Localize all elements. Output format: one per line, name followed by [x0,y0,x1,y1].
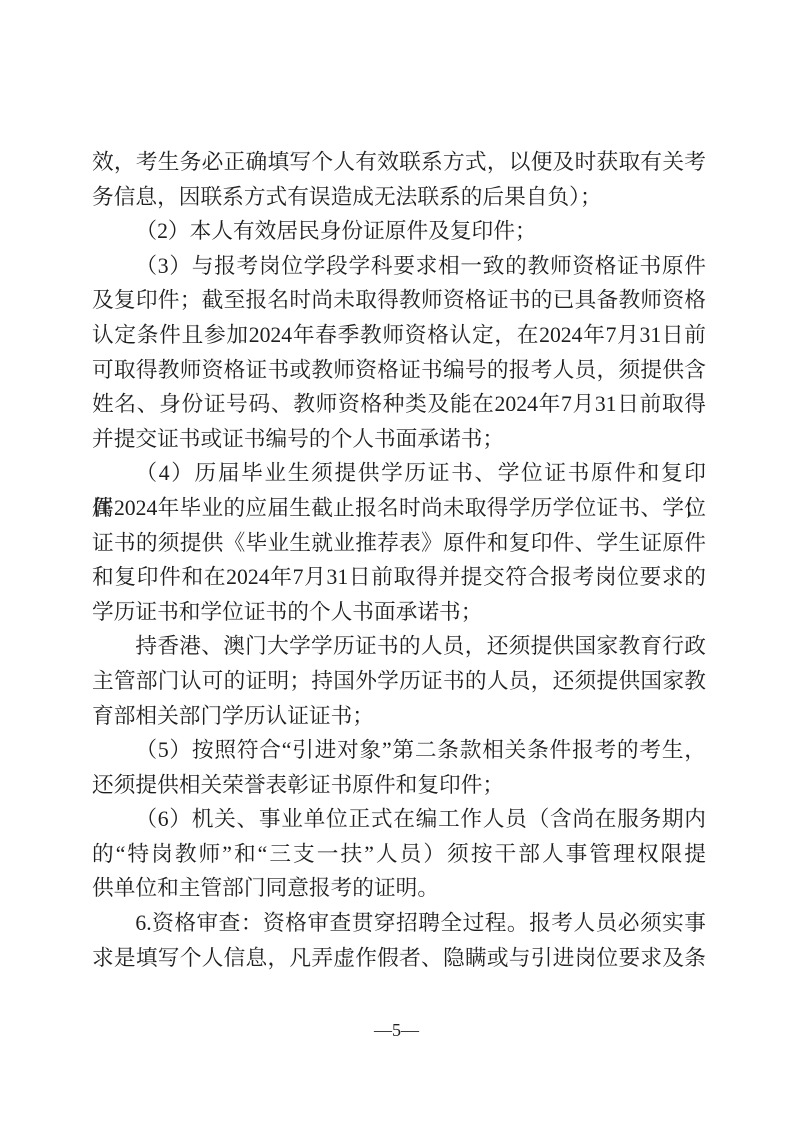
text-line: 求是填写个人信息，凡弄虚作假者、隐瞒或与引进岗位要求及条 [92,941,706,976]
text-line: 的“特岗教师”和“三支一扶”人员）须按干部人事管理权限提 [92,837,706,872]
text-line: （2）本人有效居民身份证原件及复印件； [92,214,706,249]
document-page: 效，考生务必正确填写个人有效联系方式，以便及时获取有关考务信息，因联系方式有误造… [0,0,793,1122]
document-body: 效，考生务必正确填写个人有效联系方式，以便及时获取有关考务信息，因联系方式有误造… [92,145,706,975]
text-line: （5）按照符合“引进对象”第二条款相关条件报考的考生， [92,733,706,768]
text-line: 属2024年毕业的应届生截止报名时尚未取得学历学位证书、学位 [92,491,706,526]
text-line: 效，考生务必正确填写个人有效联系方式，以便及时获取有关考 [92,145,706,180]
text-line: 姓名、身份证号码、教师资格种类及能在2024年7月31日前取得 [92,387,706,422]
text-line: 主管部门认可的证明；持国外学历证书的人员，还须提供国家教 [92,664,706,699]
text-line: 和复印件和在2024年7月31日前取得并提交符合报考岗位要求的 [92,560,706,595]
text-line: 还须提供相关荣誉表彰证书原件和复印件； [92,768,706,803]
page-number: —5— [374,1020,419,1040]
text-line: 持香港、澳门大学学历证书的人员，还须提供国家教育行政 [92,629,706,664]
text-line: 供单位和主管部门同意报考的证明。 [92,871,706,906]
text-line: 认定条件且参加2024年春季教师资格认定，在2024年7月31日前 [92,318,706,353]
text-line: （4）历届毕业生须提供学历证书、学位证书原件和复印件； [92,456,706,491]
text-line: 及复印件；截至报名时尚未取得教师资格证书的已具备教师资格 [92,283,706,318]
text-line: 育部相关部门学历认证证书； [92,699,706,734]
text-line: 务信息，因联系方式有误造成无法联系的后果自负）； [92,180,706,215]
text-line: （3）与报考岗位学段学科要求相一致的教师资格证书原件 [92,249,706,284]
text-line: 可取得教师资格证书或教师资格证书编号的报考人员，须提供含 [92,353,706,388]
text-line: 学历证书和学位证书的个人书面承诺书； [92,595,706,630]
text-line: 6.资格审查：资格审查贯穿招聘全过程。报考人员必须实事 [92,906,706,941]
text-line: 证书的须提供《毕业生就业推荐表》原件和复印件、学生证原件 [92,526,706,561]
text-line: 并提交证书或证书编号的个人书面承诺书； [92,422,706,457]
page-footer: —5— [0,1016,793,1044]
text-line: （6）机关、事业单位正式在编工作人员（含尚在服务期内 [92,802,706,837]
